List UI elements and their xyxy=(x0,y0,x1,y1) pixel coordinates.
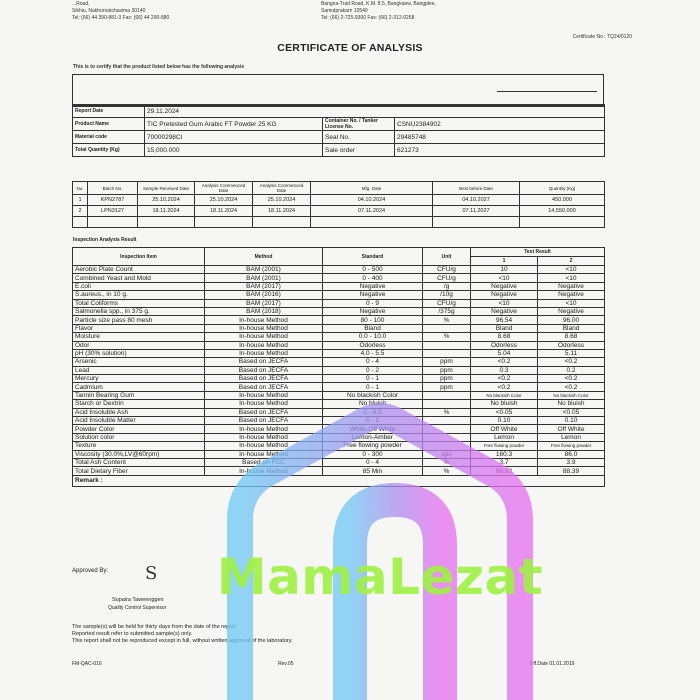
batch-cell: 04.10.2024 xyxy=(311,195,433,206)
inspection-item: Aerobic Plate Count xyxy=(73,266,205,274)
note: Reported result refer to submitted sampl… xyxy=(72,631,293,638)
inspection-row: FlavorIn-house MethodBlandBlandBland xyxy=(73,324,605,332)
seal-label: Seal No. xyxy=(323,131,395,144)
standard: 0 - 4 xyxy=(323,458,423,466)
unit xyxy=(423,341,471,349)
product-name-label: Product Name xyxy=(73,118,145,131)
document-title: CERTIFICATE OF ANALYSIS xyxy=(0,42,700,54)
unit xyxy=(423,417,471,425)
inspection-item: Acid Insoluble Matter xyxy=(73,417,205,425)
company-address-right: Bangna-Trad Road, K.M. 8.5, Bangkaew, Ba… xyxy=(321,1,436,22)
result-2: <0.2 xyxy=(538,358,605,366)
batch-row xyxy=(73,217,605,228)
inspection-row: OdorIn-house MethodOdorlessOdorlessOdorl… xyxy=(73,341,605,349)
result-2: Free flowing powder xyxy=(538,442,605,450)
result-2: <10 xyxy=(538,266,605,274)
unit: % xyxy=(423,467,471,475)
result-1: 96.54 xyxy=(471,316,538,324)
standard: 0 - 0.5 xyxy=(323,408,423,416)
inspection-item: Total Dietary Fiber xyxy=(73,467,205,475)
inspection-row: Tannin Bearing GumIn-house MethodNo blac… xyxy=(73,391,605,399)
inspection-item: Moisture xyxy=(73,333,205,341)
unit: cps xyxy=(423,450,471,458)
unit xyxy=(423,324,471,332)
revision: Rev.05 xyxy=(278,661,293,667)
standard: 0 - 4 xyxy=(323,358,423,366)
batch-header-cell: Mfg. Date xyxy=(311,182,433,195)
inspection-item: Cadmium xyxy=(73,383,205,391)
total-quantity-value: 15,000.000 xyxy=(145,144,323,157)
result-1: Lemon xyxy=(471,433,538,441)
batch-cell: KPN2787 xyxy=(88,195,138,206)
result-2: <10 xyxy=(538,299,605,307)
method: In-house Method xyxy=(205,391,323,399)
batch-cell: LPN3127 xyxy=(88,206,138,217)
result-1: <0.05 xyxy=(471,408,538,416)
unit xyxy=(423,391,471,399)
container-label: Container No. / Tanker License No. xyxy=(323,118,395,131)
batch-cell: 25.10.2024 xyxy=(195,195,253,206)
result-1: <0.2 xyxy=(471,375,538,383)
standard: Free flowing powder xyxy=(323,442,423,450)
standard: 0 - 1 xyxy=(323,417,423,425)
material-code-label: Material code xyxy=(73,131,145,144)
standard: Odorless xyxy=(323,341,423,349)
method: Based on FCC xyxy=(205,458,323,466)
result-1: <10 xyxy=(471,274,538,282)
standard: 80 - 100 xyxy=(323,316,423,324)
method: Based on JECFA xyxy=(205,408,323,416)
header-test-result: Test Result xyxy=(471,248,605,257)
standard: No blackish Color xyxy=(323,391,423,399)
result-2: 88.39 xyxy=(538,467,605,475)
inspection-item: Texture xyxy=(73,442,205,450)
method: Based on JECFA xyxy=(205,417,323,425)
result-1: <0.2 xyxy=(471,383,538,391)
method: In-house Method xyxy=(205,442,323,450)
inspection-row: Total Dietary FiberIn-house Method85 Min… xyxy=(73,467,605,475)
inspection-row: Combined Yeast and MoldBAM (2001)0 - 400… xyxy=(73,274,605,282)
unit: % xyxy=(423,333,471,341)
method: In-house Method xyxy=(205,333,323,341)
standard: No bluish xyxy=(323,400,423,408)
header-standard: Standard xyxy=(323,248,423,266)
batch-header-cell: Sample Received Date xyxy=(138,182,195,195)
unit: CFU/g xyxy=(423,299,471,307)
header-result-1: 1 xyxy=(471,257,538,266)
inspection-row: S.aureus., in 10 g.BAM (2016)Negative/10… xyxy=(73,291,605,299)
result-2: 96.00 xyxy=(538,316,605,324)
batch-table: No.Batch No.Sample Received DateAnalysis… xyxy=(72,181,605,228)
signature: S xyxy=(145,563,157,584)
report-date-value: 29.11.2024 xyxy=(145,105,605,118)
inspection-row: TextureIn-house MethodFree flowing powde… xyxy=(73,442,605,450)
batch-cell: 18.11.2024 xyxy=(195,206,253,217)
method: Based on JECFA xyxy=(205,375,323,383)
remark-label: Remark : xyxy=(73,475,605,486)
inspection-row: Salmonella spp., in 375 g.BAM (2018)Nega… xyxy=(73,307,605,315)
method: In-house Method xyxy=(205,433,323,441)
unit xyxy=(423,442,471,450)
unit xyxy=(423,400,471,408)
unit: ppm xyxy=(423,375,471,383)
standard: 0 - 1 xyxy=(323,383,423,391)
batch-cell: 07.11.2024 xyxy=(311,206,433,217)
batch-row: 2LPN312718.11.202418.11.202418.11.202407… xyxy=(73,206,605,217)
unit: /g xyxy=(423,282,471,290)
result-1: Negative xyxy=(471,291,538,299)
standard: 0 - 2 xyxy=(323,366,423,374)
result-1: No blackish Color xyxy=(471,391,538,399)
inspection-item: Flavor xyxy=(73,324,205,332)
approved-by-label: Approved By: xyxy=(72,568,108,574)
unit: CFU/g xyxy=(423,266,471,274)
inspection-item: Starch or Dextrin xyxy=(73,400,205,408)
header-inspection-item: Inspection Item xyxy=(73,248,205,266)
result-2: Odorless xyxy=(538,341,605,349)
method: In-house Method xyxy=(205,467,323,475)
batch-cell: 07.11.2027 xyxy=(433,206,520,217)
result-2: 8.68 xyxy=(538,333,605,341)
inspection-item: Combined Yeast and Mold xyxy=(73,274,205,282)
result-2: Negative xyxy=(538,307,605,315)
method: BAM (2018) xyxy=(205,307,323,315)
standard: 85 Min xyxy=(323,467,423,475)
inspection-item: Odor xyxy=(73,341,205,349)
standard: 4.0 - 5.5 xyxy=(323,349,423,357)
effective-date: Eff.Date 01.01.2019 xyxy=(530,661,574,667)
standard: 0 - 400 xyxy=(323,274,423,282)
batch-header-cell: Analysis Commenced Date xyxy=(253,182,311,195)
inspection-row: Powder ColorIn-house MethodWhite-Off Whi… xyxy=(73,425,605,433)
inspection-row: Aerobic Plate CountBAM (2001)0 - 500CFU/… xyxy=(73,266,605,274)
result-2: No bluish xyxy=(538,400,605,408)
inspection-item: Solution color xyxy=(73,433,205,441)
method: Based on JECFA xyxy=(205,366,323,374)
inspection-row: MoistureIn-house Method0.0 - 10.0%8.688.… xyxy=(73,333,605,341)
result-2: <0.05 xyxy=(538,408,605,416)
method: In-house Method xyxy=(205,400,323,408)
batch-cell xyxy=(520,217,605,228)
batch-cell: 18.11.2024 xyxy=(138,206,195,217)
inspection-section-title: Inspection Analysis Result xyxy=(73,237,136,243)
method: In-house Method xyxy=(205,450,323,458)
result-2: Off White xyxy=(538,425,605,433)
product-info-table: Report Date 29.11.2024 Product Name TIC … xyxy=(72,104,605,157)
inspection-item: Arsenic xyxy=(73,358,205,366)
batch-cell: 14,550.000 xyxy=(520,206,605,217)
inspection-row: Acid Insoluble AshBased on JECFA0 - 0.5%… xyxy=(73,408,605,416)
batch-header-cell: Batch No. xyxy=(88,182,138,195)
batch-cell xyxy=(138,217,195,228)
result-2: Lemon xyxy=(538,433,605,441)
inspection-item: Acid Insoluble Ash xyxy=(73,408,205,416)
inspection-row: CadmiumBased on JECFA0 - 1ppm<0.2<0.2 xyxy=(73,383,605,391)
unit: /375g xyxy=(423,307,471,315)
method: In-house Method xyxy=(205,324,323,332)
batch-cell xyxy=(195,217,253,228)
result-1: Free flowing powder xyxy=(471,442,538,450)
signer-title: Quality Control Supervisor xyxy=(108,605,166,611)
inspection-row: E.coliBAM (2017)Negative/gNegativeNegati… xyxy=(73,282,605,290)
batch-cell: 18.11.2024 xyxy=(253,206,311,217)
inspection-row: pH (30% solution)In-house Method4.0 - 5.… xyxy=(73,349,605,357)
inspection-item: Total Ash Content xyxy=(73,458,205,466)
standard: Negative xyxy=(323,307,423,315)
unit: ppm xyxy=(423,358,471,366)
note: The sample(s) will be held for thirty da… xyxy=(72,624,293,631)
batch-header-cell: No. xyxy=(73,182,88,195)
batch-row: 1KPN278725.10.202425.10.202425.10.202404… xyxy=(73,195,605,206)
result-1: 160.3 xyxy=(471,450,538,458)
unit xyxy=(423,349,471,357)
result-2: 0.10 xyxy=(538,417,605,425)
note: This report shall not be reproduced exce… xyxy=(72,638,293,645)
container-value: CSNU2384902 xyxy=(395,118,605,131)
result-2: 5.11 xyxy=(538,349,605,357)
notes: The sample(s) will be held for thirty da… xyxy=(72,624,293,645)
inspection-item: Salmonella spp., in 375 g. xyxy=(73,307,205,315)
batch-header-cell: Quantity (Kg) xyxy=(520,182,605,195)
batch-cell xyxy=(88,217,138,228)
certificate-number: Certificate No : TQ24/0120 xyxy=(573,34,632,40)
result-1: <0.2 xyxy=(471,358,538,366)
inspection-item: Powder Color xyxy=(73,425,205,433)
inspection-item: pH (30% solution) xyxy=(73,349,205,357)
company-address-left: ...Road, Sikhiu, Nakhonratchasima 30140 … xyxy=(72,1,169,22)
result-2: <10 xyxy=(538,274,605,282)
header-unit: Unit xyxy=(423,248,471,266)
inspection-item: Viscosity (30.0%,LV@60rpm) xyxy=(73,450,205,458)
inspection-item: Mercury xyxy=(73,375,205,383)
result-1: 8.68 xyxy=(471,333,538,341)
result-1: Off White xyxy=(471,425,538,433)
inspection-table: Inspection Item Method Standard Unit Tes… xyxy=(72,247,605,487)
result-2: Negative xyxy=(538,282,605,290)
result-2: Negative xyxy=(538,291,605,299)
standard: White-Off White xyxy=(323,425,423,433)
inspection-row: Total ColiformsBAM (2017)0 - 9CFU/g<10<1… xyxy=(73,299,605,307)
result-1: Negative xyxy=(471,307,538,315)
inspection-item: Particle size pass 80 mesh xyxy=(73,316,205,324)
divider xyxy=(497,91,597,92)
result-1: Odorless xyxy=(471,341,538,349)
result-1: 0.10 xyxy=(471,417,538,425)
standard: Bland xyxy=(323,324,423,332)
method: Based on JECFA xyxy=(205,383,323,391)
unit xyxy=(423,425,471,433)
standard: 0 - 1 xyxy=(323,375,423,383)
standard: 0.0 - 10.0 xyxy=(323,333,423,341)
standard: Negative xyxy=(323,291,423,299)
header-blank-box xyxy=(72,74,604,107)
method: BAM (2017) xyxy=(205,282,323,290)
result-1: 5.04 xyxy=(471,349,538,357)
batch-cell xyxy=(73,217,88,228)
sale-order-value: 621273 xyxy=(395,144,605,157)
unit: /10g xyxy=(423,291,471,299)
inspection-item: S.aureus., in 10 g. xyxy=(73,291,205,299)
inspection-row: Total Ash ContentBased on FCC0 - 4%3.73.… xyxy=(73,458,605,466)
result-2: <0.2 xyxy=(538,383,605,391)
standard: Lemon-Amber xyxy=(323,433,423,441)
batch-cell: 04.10.2027 xyxy=(433,195,520,206)
method: BAM (2001) xyxy=(205,274,323,282)
result-1: No bluish xyxy=(471,400,538,408)
header-method: Method xyxy=(205,248,323,266)
unit: ppm xyxy=(423,366,471,374)
batch-cell: 450.000 xyxy=(520,195,605,206)
inspection-row: Acid Insoluble MatterBased on JECFA0 - 1… xyxy=(73,417,605,425)
inspection-row: Solution colorIn-house MethodLemon-Amber… xyxy=(73,433,605,441)
standard: 0 - 9 xyxy=(323,299,423,307)
standard: Negative xyxy=(323,282,423,290)
result-1: Bland xyxy=(471,324,538,332)
inspection-item: Lead xyxy=(73,366,205,374)
result-1: Negative xyxy=(471,282,538,290)
result-1: 88.92 xyxy=(471,467,538,475)
method: BAM (2017) xyxy=(205,299,323,307)
header-result-2: 2 xyxy=(538,257,605,266)
method: In-house Method xyxy=(205,341,323,349)
method: In-house Method xyxy=(205,349,323,357)
unit: % xyxy=(423,458,471,466)
method: BAM (2001) xyxy=(205,266,323,274)
unit xyxy=(423,433,471,441)
batch-cell: 25.10.2024 xyxy=(138,195,195,206)
unit: % xyxy=(423,316,471,324)
unit: % xyxy=(423,408,471,416)
method: In-house Method xyxy=(205,425,323,433)
material-code-value: 70000298CI xyxy=(145,131,323,144)
inspection-row: Starch or DextrinIn-house MethodNo bluis… xyxy=(73,400,605,408)
inspection-row: Particle size pass 80 meshIn-house Metho… xyxy=(73,316,605,324)
signer-name: Supaira Taweenggen xyxy=(112,597,164,603)
result-2: <0.2 xyxy=(538,375,605,383)
product-name-value: TIC Pretested Gum Arabic FT Powder 25 KG xyxy=(145,118,323,131)
batch-header-cell: Analysis Commenced Date xyxy=(195,182,253,195)
method: Based on JECFA xyxy=(205,358,323,366)
inspection-item: Total Coliforms xyxy=(73,299,205,307)
result-2: 3.9 xyxy=(538,458,605,466)
inspection-row: ArsenicBased on JECFA0 - 4ppm<0.2<0.2 xyxy=(73,358,605,366)
batch-header-cell: Best before Date xyxy=(433,182,520,195)
intro-text: This is to certify that the product list… xyxy=(73,64,244,70)
inspection-item: Tannin Bearing Gum xyxy=(73,391,205,399)
result-1: 3.7 xyxy=(471,458,538,466)
total-quantity-label: Total Quantity (Kg) xyxy=(73,144,145,157)
result-1: <10 xyxy=(471,299,538,307)
batch-cell: 2 xyxy=(73,206,88,217)
seal-value: 29485748 xyxy=(395,131,605,144)
sale-order-label: Sale order xyxy=(323,144,395,157)
inspection-row: MercuryBased on JECFA0 - 1ppm<0.2<0.2 xyxy=(73,375,605,383)
certificate-page: ...Road, Sikhiu, Nakhonratchasima 30140 … xyxy=(0,0,700,700)
result-2: Bland xyxy=(538,324,605,332)
batch-cell xyxy=(311,217,433,228)
report-date-label: Report Date xyxy=(73,105,145,118)
unit: ppm xyxy=(423,383,471,391)
result-1: 10 xyxy=(471,266,538,274)
result-2: No blackish Color xyxy=(538,391,605,399)
inspection-row: LeadBased on JECFA0 - 2ppm0.30.2 xyxy=(73,366,605,374)
result-2: 86.0 xyxy=(538,450,605,458)
batch-cell xyxy=(253,217,311,228)
batch-cell: 25.10.2024 xyxy=(253,195,311,206)
result-2: 0.2 xyxy=(538,366,605,374)
method: BAM (2016) xyxy=(205,291,323,299)
watermark-text: MamaLezat xyxy=(200,548,560,606)
batch-cell: 1 xyxy=(73,195,88,206)
result-1: 0.3 xyxy=(471,366,538,374)
form-number: FM-QAC-016 xyxy=(72,661,102,667)
inspection-item: E.coli xyxy=(73,282,205,290)
inspection-row: Viscosity (30.0%,LV@60rpm)In-house Metho… xyxy=(73,450,605,458)
unit: CFU/g xyxy=(423,274,471,282)
standard: 0 - 300 xyxy=(323,450,423,458)
method: In-house Method xyxy=(205,316,323,324)
standard: 0 - 500 xyxy=(323,266,423,274)
batch-cell xyxy=(433,217,520,228)
